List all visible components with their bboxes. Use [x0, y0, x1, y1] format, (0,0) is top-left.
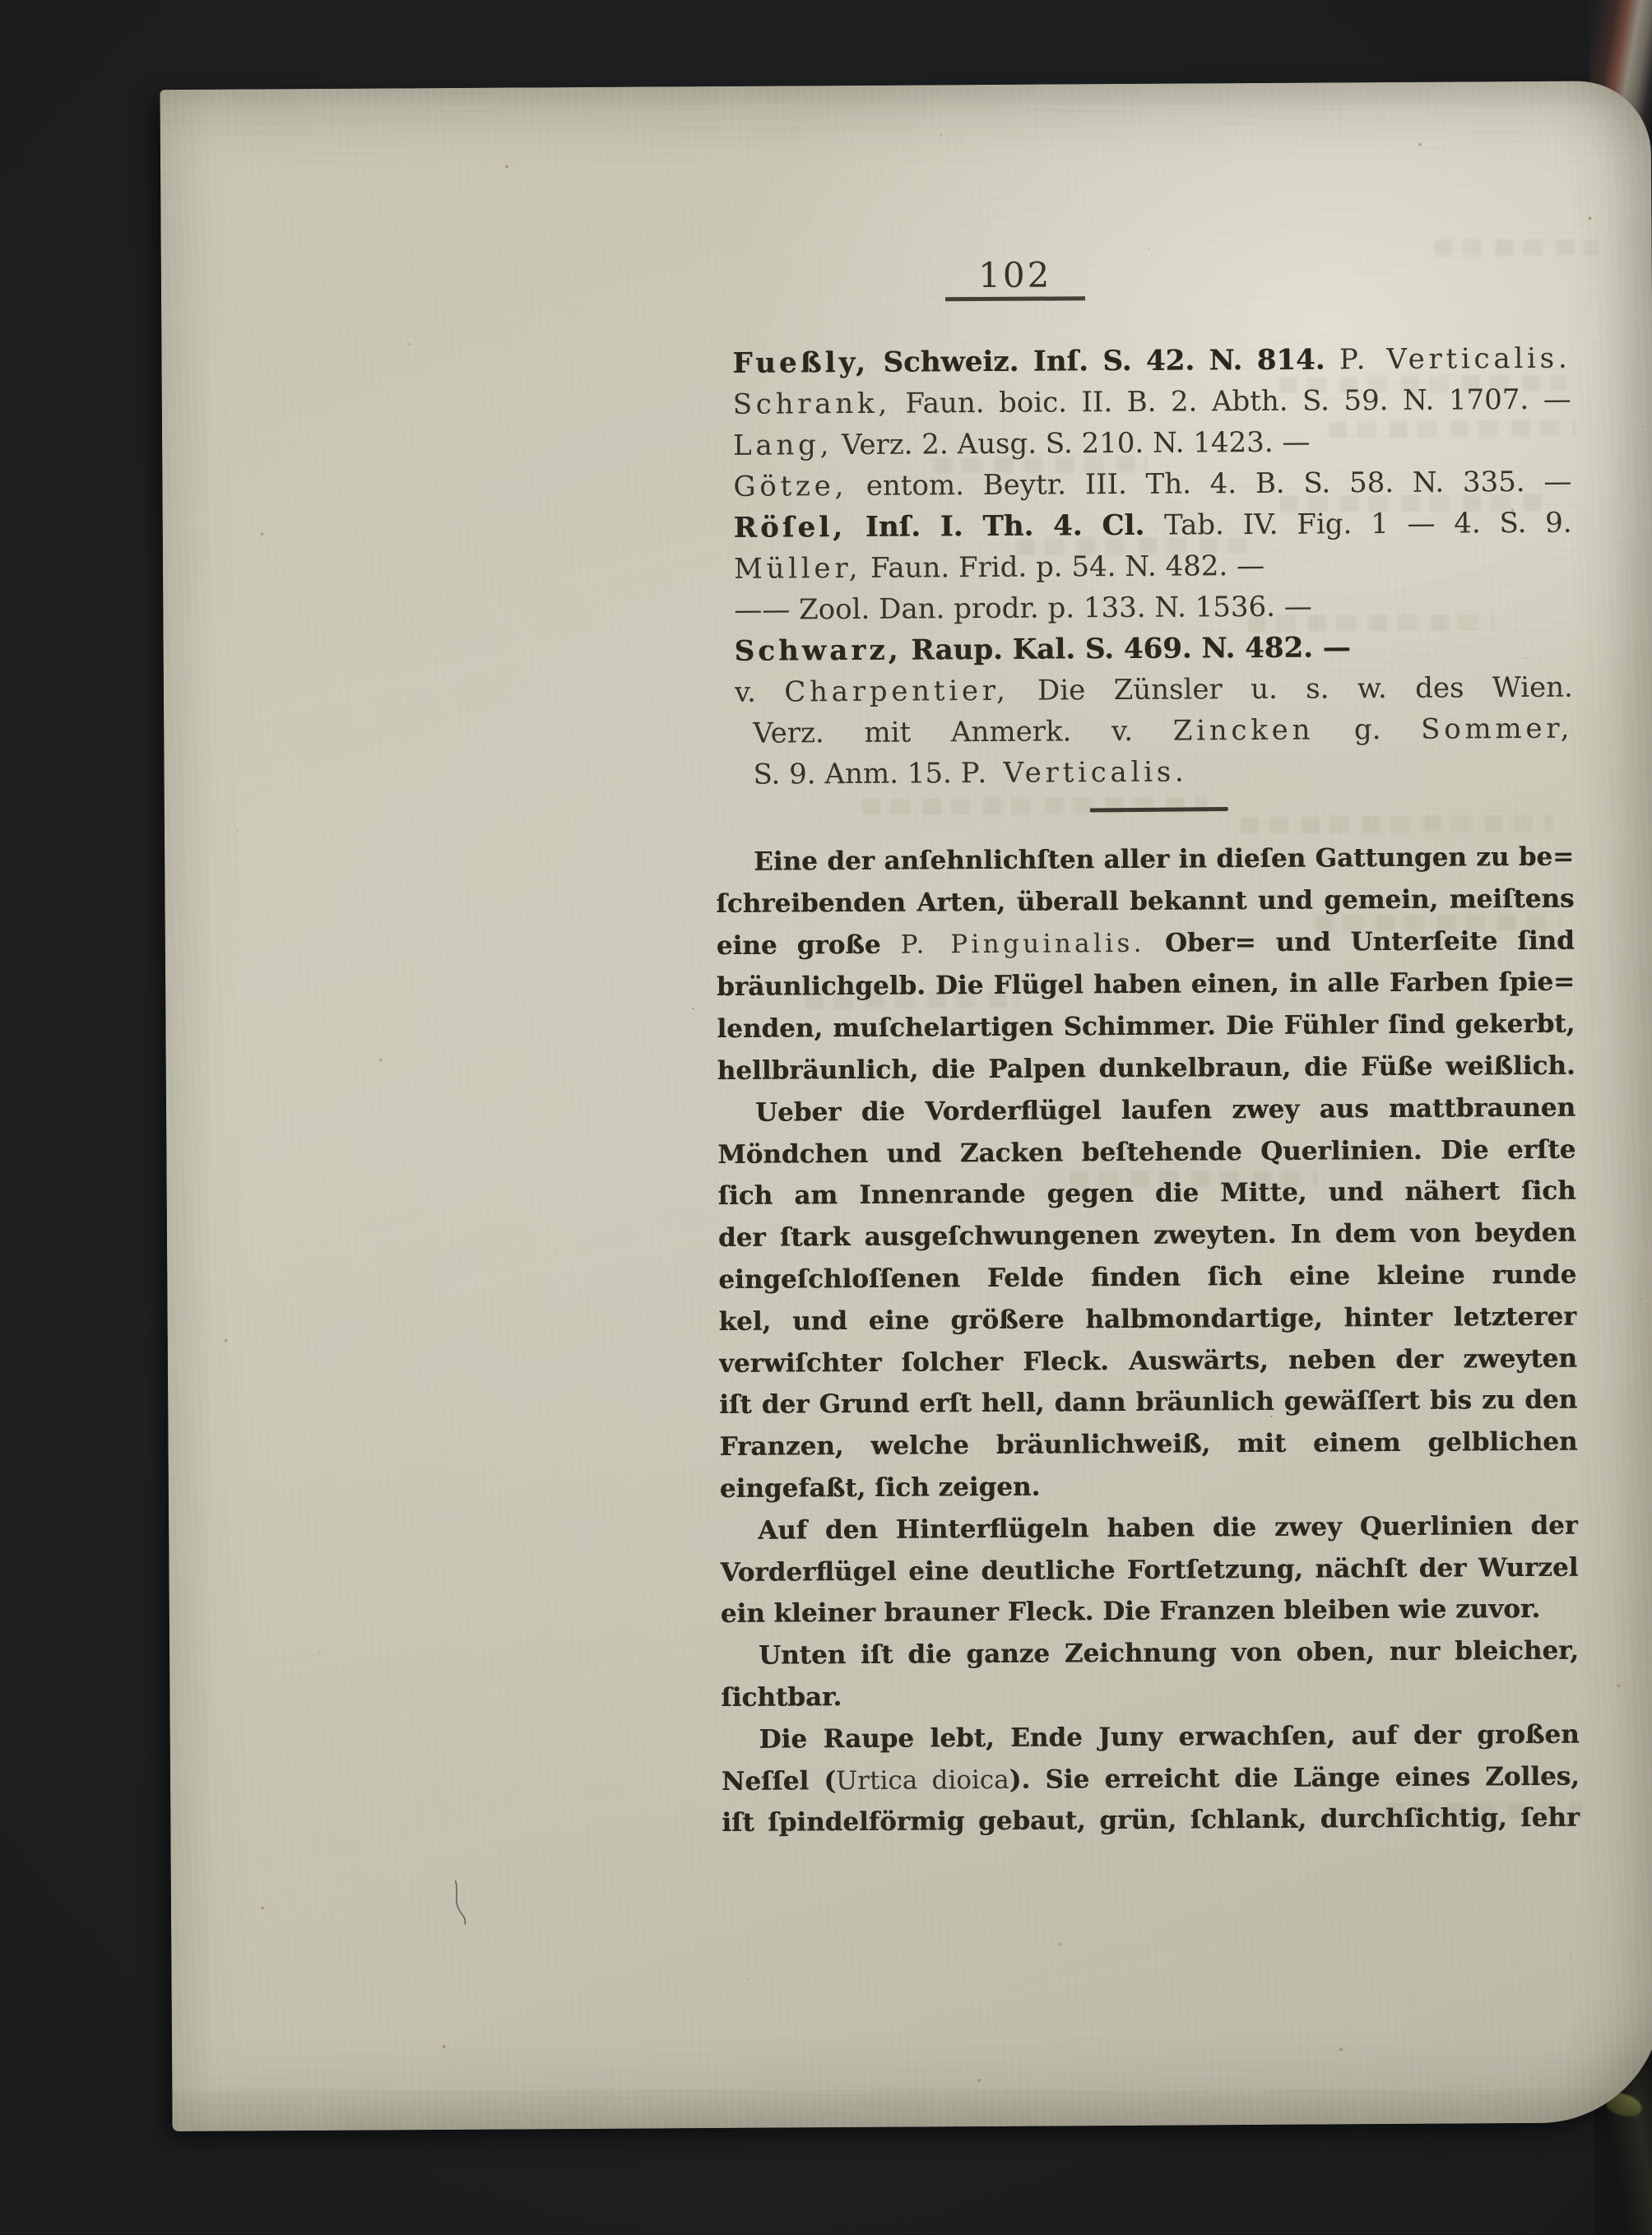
body-line: ſichtbar. — [721, 1672, 1579, 1719]
text-segment: hellbräunlich, die Palpen dunkelbraun, d… — [717, 1051, 1575, 1086]
ink-bleedthrough-smudge — [1435, 239, 1599, 256]
text-segment: Möndchen und Zacken beſtehende Querlinie… — [717, 1134, 1575, 1175]
body-line: ein kleiner brauner Fleck. Die Franzen b… — [721, 1588, 1579, 1635]
body-line: ſchreibenden Arten, überall bekannt und … — [716, 878, 1574, 925]
text-segment: Franzen, welche bräunlichweiß, mit einem… — [719, 1427, 1577, 1468]
text-segment: Raup. Kal. S. 469. N. 482. — — [901, 631, 1350, 666]
text-segment: Ueber die Vorderflügel laufen zwey aus m… — [755, 1092, 1575, 1127]
body-line: kel, und eine größere halbmondartige, hi… — [718, 1296, 1576, 1342]
text-segment: Fueßly, — [732, 346, 869, 380]
body-line: Möndchen und Zacken beſtehende Querlinie… — [717, 1129, 1575, 1175]
body-line: Unten iſt die ganze Zeichnung von oben, … — [721, 1630, 1579, 1677]
citation-line: v. Charpentier, Die Zünsler u. s. w. des… — [735, 667, 1573, 713]
body-line: verwiſchter ſolcher Fleck. Auswärts, neb… — [719, 1338, 1577, 1384]
text-segment: Zincken — [1173, 714, 1315, 748]
text-segment: P. Pinguinalis. — [901, 928, 1145, 959]
text-segment: Die Zünsler u. s. w. des Wien. — [1009, 671, 1573, 707]
text-segment: iſt der Grund erſt hell, dann bräunlich … — [719, 1385, 1577, 1420]
text-segment: Faun. boic. II. B. 2. Abth. S. 59. N. 17… — [891, 383, 1571, 420]
book-page: 102 Fueßly, Schweiz. Inſ. S. 42. N. 814.… — [160, 81, 1652, 2131]
text-segment: Eine der anſehnlichſten aller in dieſen … — [754, 842, 1574, 877]
text-segment: Müller, — [734, 552, 861, 586]
text-segment: eingeſchloſſenen Felde finden ſich eine … — [718, 1260, 1576, 1301]
text-segment: Inſ. I. Th. 4. Cl. — [846, 509, 1164, 544]
body-text: Eine der anſehnlichſten aller in dieſen … — [716, 837, 1580, 1844]
text-segment: Verz. mit Anmerk. v. — [753, 715, 1173, 750]
citation-line: Götze, entom. Beytr. III. Th. 4. B. S. 5… — [733, 461, 1571, 508]
text-segment: verwiſchter ſolcher Fleck. Auswärts, neb… — [719, 1343, 1577, 1384]
text-segment: ſich am Innenrande gegen die Mitte, und … — [718, 1176, 1576, 1217]
citation-list: Fueßly, Schweiz. Inſ. S. 42. N. 814. P. … — [732, 338, 1573, 795]
text-segment: ). Sie erreicht die Länge eines Zolles, — [1009, 1761, 1580, 1794]
text-segment: g. — [1314, 713, 1421, 747]
text-segment: Schwarz, — [734, 634, 901, 668]
text-segment: Auf den Hinterflügeln haben die zwey Que… — [758, 1510, 1578, 1545]
scan-background: { "page_number": "102", "colors": { "pap… — [0, 0, 1652, 2235]
text-segment: bräunlichgelb. Die Flügel haben einen, i… — [717, 967, 1575, 1002]
text-segment: Vorderflügel eine deutliche Fortſetzung,… — [720, 1552, 1578, 1593]
text-segment: Faun. Frid. p. 54. N. 482. — — [861, 549, 1265, 585]
citation-line: Schwarz, Raup. Kal. S. 469. N. 482. — — [734, 626, 1572, 672]
paragraph: Auf den Hinterflügeln haben die zwey Que… — [720, 1505, 1579, 1635]
citation-line: Schrank, Faun. boic. II. B. 2. Abth. S. … — [733, 379, 1571, 425]
body-line: Vorderflügel eine deutliche Fortſetzung,… — [720, 1546, 1578, 1593]
text-segment: Ober= und Unterſeite ſind — [1145, 925, 1575, 958]
text-segment: Schrank, — [733, 387, 891, 421]
citation-line: S. 9. Anm. 15. P. Verticalis. — [735, 749, 1573, 795]
text-segment: S. 9. Anm. 15. — [753, 757, 960, 791]
citation-line: Lang, Verz. 2. Ausg. S. 210. N. 1423. — — [733, 420, 1571, 466]
body-line: eine große P. Pinguinalis. Ober= und Unt… — [717, 920, 1575, 967]
text-segment: kel, und eine größere halbmondartige, hi… — [718, 1301, 1576, 1342]
body-line: lenden, muſchelartigen Schimmer. Die Füh… — [717, 1004, 1575, 1050]
text-segment: —— — [734, 593, 790, 626]
body-line: der ſtark ausgeſchwungenen zweyten. In d… — [718, 1213, 1576, 1259]
body-line: Auf den Hinterflügeln haben die zwey Que… — [720, 1505, 1578, 1551]
body-line: iſt der Grund erſt hell, dann bräunlich … — [719, 1379, 1577, 1426]
body-line: Franzen, welche bräunlichweiß, mit einem… — [719, 1421, 1577, 1468]
paragraph: Unten iſt die ganze Zeichnung von oben, … — [721, 1630, 1580, 1719]
citation-line: Verz. mit Anmerk. v. Zincken g. Sommer, — [735, 708, 1573, 754]
stray-fiber-mark — [451, 1880, 471, 1926]
text-segment: P. Verticalis. — [961, 756, 1188, 791]
body-line: bräunlichgelb. Die Flügel haben einen, i… — [717, 962, 1575, 1009]
body-line: Ueber die Vorderflügel laufen zwey aus m… — [717, 1087, 1575, 1134]
ink-bleedthrough-smudge — [862, 796, 1208, 815]
text-segment: entom. Beytr. III. Th. 4. B. S. 58. N. 3… — [847, 466, 1572, 503]
text-segment: Röſel, — [734, 511, 847, 545]
text-segment: Schweiz. Inſ. S. 42. N. 814. — [869, 343, 1339, 378]
text-segment: Lang, — [733, 429, 833, 462]
text-segment: Verz. 2. Ausg. S. 210. N. 1423. — — [833, 426, 1310, 462]
paragraph: Ueber die Vorderflügel laufen zwey aus m… — [717, 1087, 1578, 1509]
citation-line: Fueßly, Schweiz. Inſ. S. 42. N. 814. P. … — [732, 338, 1571, 384]
text-segment: ſichtbar. — [721, 1682, 842, 1713]
text-segment: lenden, muſchelartigen Schimmer. Die Füh… — [717, 1009, 1575, 1044]
body-line: eingeſchloſſenen Felde finden ſich eine … — [718, 1254, 1576, 1301]
text-segment: Die Raupe lebt, Ende Juny erwachſen, auf… — [759, 1719, 1580, 1754]
body-line: hellbräunlich, die Palpen dunkelbraun, d… — [717, 1046, 1575, 1092]
text-segment: eine große — [717, 930, 901, 960]
text-segment: v. — [735, 676, 785, 709]
text-segment: Neſſel ( — [722, 1766, 836, 1797]
text-segment: Sommer, — [1421, 712, 1573, 746]
citation-line: Müller, Faun. Frid. p. 54. N. 482. — — [734, 544, 1572, 590]
citation-line: Röſel, Inſ. I. Th. 4. Cl. Tab. IV. Fig. … — [734, 503, 1572, 549]
text-segment: Zool. Dan. prodr. p. 133. N. 1536. — — [790, 591, 1312, 627]
ink-bleedthrough-smudge — [1241, 815, 1553, 833]
text-segment: der ſtark ausgeſchwungenen zweyten. In d… — [718, 1218, 1576, 1253]
text-segment: iſt ſpindelförmig gebaut, grün, ſchlank,… — [722, 1803, 1580, 1838]
page-number: 102 — [945, 257, 1085, 301]
text-segment: Tab. IV. Fig. 1 — 4. S. 9. — [1164, 507, 1572, 542]
citation-line: —— Zool. Dan. prodr. p. 133. N. 1536. — — [734, 585, 1572, 631]
ghost-bleedthrough-layer — [160, 81, 1650, 90]
text-segment: Unten iſt die ganze Zeichnung von oben, … — [759, 1636, 1579, 1671]
body-line: iſt ſpindelförmig gebaut, grün, ſchlank,… — [722, 1797, 1580, 1844]
section-divider — [1090, 807, 1228, 813]
text-segment: ein kleiner brauner Fleck. Die Franzen b… — [721, 1594, 1541, 1629]
body-line: eingefaßt, ſich zeigen. — [720, 1463, 1578, 1510]
text-segment: Charpentier, — [784, 675, 1009, 709]
text-segment: Urtica dioica — [836, 1764, 1009, 1795]
text-segment: Götze, — [733, 470, 847, 503]
text-segment: eingefaßt, ſich zeigen. — [720, 1472, 1041, 1504]
body-line: Eine der anſehnlichſten aller in dieſen … — [716, 837, 1574, 883]
paragraph: Die Raupe lebt, Ende Juny erwachſen, auf… — [722, 1713, 1580, 1844]
body-line: Die Raupe lebt, Ende Juny erwachſen, auf… — [722, 1713, 1580, 1760]
body-line: Neſſel (Urtica dioica). Sie erreicht die… — [722, 1755, 1580, 1802]
body-line: ſich am Innenrande gegen die Mitte, und … — [718, 1171, 1576, 1217]
paragraph: Eine der anſehnlichſten aller in dieſen … — [716, 837, 1575, 1092]
text-segment: ſchreibenden Arten, überall bekannt und … — [716, 883, 1574, 925]
text-segment: P. Verticalis. — [1339, 342, 1571, 377]
